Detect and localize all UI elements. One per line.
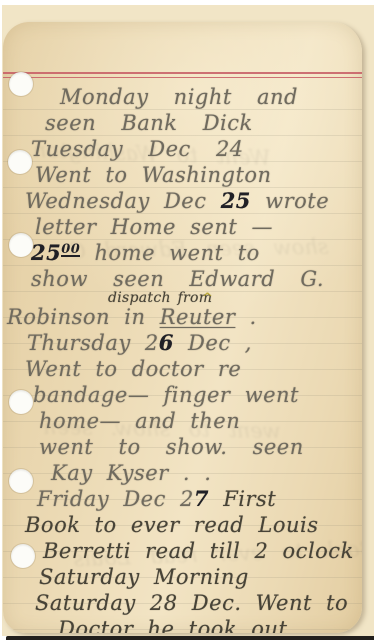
diary-text: Monday night andseen Bank DickTuesday De… — [3, 84, 358, 633]
text-run: Tuesday Dec 24 — [31, 137, 244, 161]
text-run: home went to — [80, 241, 259, 265]
text-run: 6 — [159, 330, 174, 355]
shadow-band — [6, 636, 374, 640]
diary-line: seen Bank Dick — [45, 110, 358, 136]
text-run: 7 — [194, 486, 209, 511]
diary-line: bandage— finger went — [33, 382, 358, 408]
text-run: Friday Dec 2 — [37, 487, 194, 511]
diary-line: Went to doctor re — [25, 356, 358, 382]
text-run: letter Home sent — — [35, 215, 273, 239]
punch-hole — [9, 390, 33, 414]
diary-line: 2500 home went to — [31, 240, 358, 266]
diary-line: Thursday 26 Dec , — [27, 330, 358, 356]
diary-line: show seen Edward G. — [31, 266, 358, 292]
punch-hole — [9, 72, 33, 96]
diary-line: Tuesday Dec 24 — [31, 136, 358, 162]
red-margin-rule — [3, 72, 362, 78]
text-run: Kay Kyser . . — [51, 461, 211, 485]
text-run: Berretti read till 2 oclock — [43, 539, 354, 563]
text-run: Saturday Morning — [39, 565, 249, 589]
punch-hole — [9, 233, 33, 257]
text-run: . — [235, 305, 256, 329]
text-run: 25 — [221, 188, 251, 213]
diary-line: Robinson in Reuter . — [7, 304, 358, 330]
diary-line: Went to Washington — [35, 162, 358, 188]
text-run: 00 — [61, 245, 80, 257]
text-run: Dec , — [174, 331, 252, 355]
diary-line: Wednesday Dec 25 wrote — [25, 188, 358, 214]
text-run: bandage— finger went — [33, 383, 299, 407]
diary-line: Saturday Morning — [39, 564, 358, 590]
text-run: wrote — [251, 189, 329, 213]
text-run: went to show. seen — [39, 435, 304, 459]
text-run: Doctor he took out — [58, 617, 287, 633]
text-run: Went to doctor re — [25, 357, 241, 381]
text-run: show seen Edward G. — [31, 267, 324, 291]
insert-annotation: dispatch from — [108, 292, 358, 304]
text-run: 25 — [31, 240, 61, 265]
punch-hole — [11, 544, 35, 568]
text-run: First — [209, 487, 276, 511]
punch-hole — [8, 150, 32, 174]
punch-hole — [9, 469, 33, 493]
insertion-caret: ^ — [202, 291, 213, 306]
diary-line: went to show. seen — [39, 434, 358, 460]
text-run: home— and then — [39, 409, 240, 433]
text-run: Book to ever read Louis — [25, 513, 319, 537]
diary-line: Friday Dec 27 First — [37, 486, 358, 512]
text-run: Thursday 2 — [27, 331, 159, 355]
diary-line: Saturday 28 Dec. Went to — [35, 590, 358, 616]
text-run: Robinson in — [7, 305, 160, 329]
text-run: Wednesday Dec — [25, 189, 221, 213]
diary-line: Doctor he took out — [58, 616, 358, 633]
diary-line: Berretti read till 2 oclock — [43, 538, 358, 564]
diary-line: Book to ever read Louis — [25, 512, 358, 538]
text-run: Monday night and — [60, 85, 298, 109]
diary-line: Kay Kyser . . — [51, 460, 358, 486]
diary-page: Went to Washingtonshow seen Edward G.wen… — [3, 22, 362, 633]
diary-line: home— and then — [39, 408, 358, 434]
text-run: Reuter — [160, 305, 236, 329]
diary-line: letter Home sent — — [35, 214, 358, 240]
text-run: Went to Washington — [35, 163, 272, 187]
diary-line: Monday night and — [60, 84, 358, 110]
text-run: seen Bank Dick — [45, 111, 253, 135]
photo-frame: Went to Washingtonshow seen Edward G.wen… — [0, 0, 374, 640]
text-run: Saturday 28 Dec. Went to — [35, 591, 348, 615]
